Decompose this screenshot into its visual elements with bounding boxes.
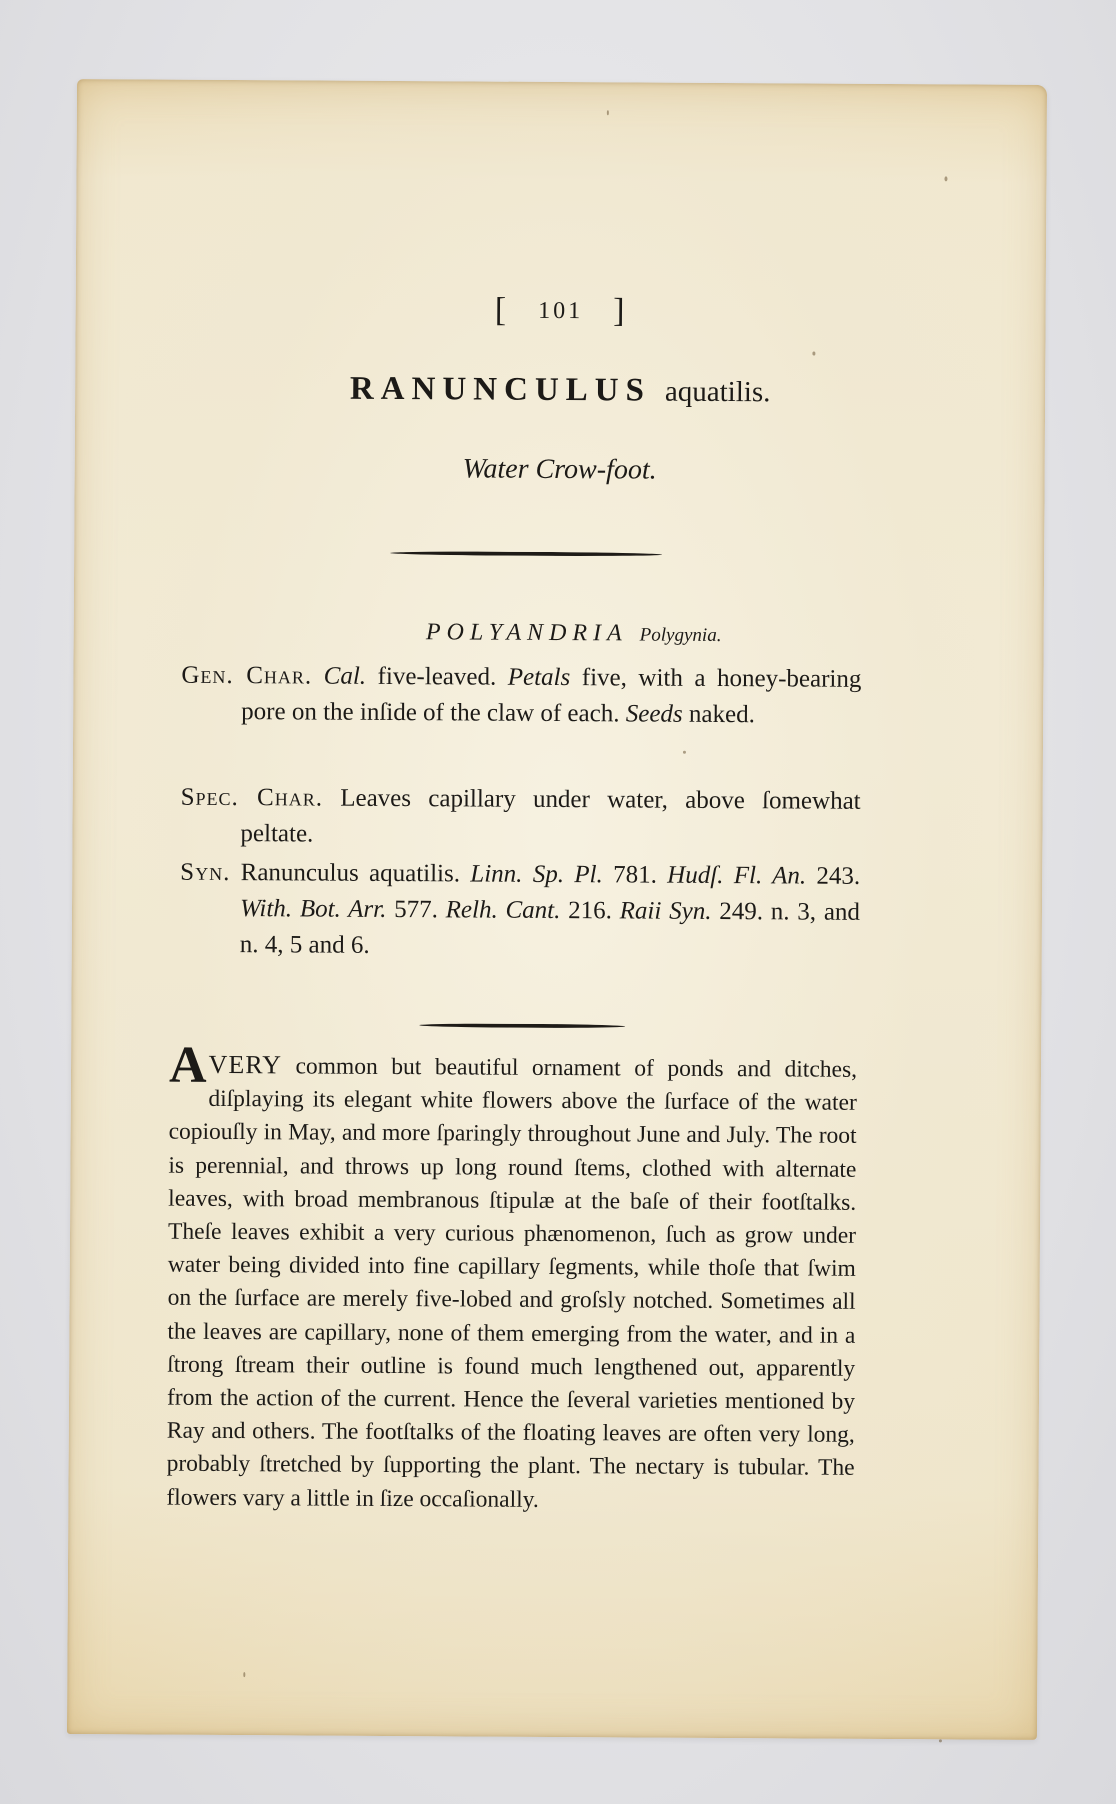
gen-char-seeds: Seeds xyxy=(626,700,683,727)
syn-text-1: 781. xyxy=(603,861,668,888)
specific-character-label: Spec. Char. xyxy=(181,784,324,812)
syn-text-4: 216. xyxy=(560,897,619,924)
linnaean-classification: POLYANDRIA Polygynia. xyxy=(74,617,1044,650)
drop-cap: A xyxy=(169,1046,207,1086)
species-title: RANUNCULUS aquatilis. xyxy=(75,369,1045,412)
book-page: [101] RANUNCULUS aquatilis. Water Crow-f… xyxy=(67,79,1047,1740)
syn-text-3: 577. xyxy=(386,896,445,923)
description-paragraph: AVERY common but beautiful ornament of p… xyxy=(166,1048,857,1519)
syn-text-0: Ranunculus aquatilis. xyxy=(241,859,471,887)
folio-close-bracket: ] xyxy=(613,292,627,330)
synonyms-label: Syn. xyxy=(180,859,230,886)
ornamental-rule-bottom xyxy=(419,1023,625,1028)
order-name: Polygynia. xyxy=(640,625,722,646)
gen-char-text-3: naked. xyxy=(683,701,755,728)
folio-open-bracket: [ xyxy=(495,292,509,330)
gen-char-petals: Petals xyxy=(508,664,571,691)
generic-character: Gen. Char. Cal. five-leaved. Petals five… xyxy=(181,658,861,734)
specific-character-text: Leaves capillary under water, above ſome… xyxy=(240,785,860,848)
syn-ref-ray: Raii Syn. xyxy=(620,897,712,925)
syn-ref-withering: With. Bot. Arr. xyxy=(240,895,387,923)
gen-char-text-1: five-leaved. xyxy=(366,663,508,691)
lead-word: VERY xyxy=(209,1050,283,1079)
specific-character: Spec. Char. Leaves capillary under water… xyxy=(180,780,860,856)
syn-text-2: 243. xyxy=(806,863,860,890)
generic-character-label: Gen. Char. xyxy=(181,662,312,690)
page-number: [101] xyxy=(76,289,1046,333)
folio-number: 101 xyxy=(538,298,583,324)
common-name: Water Crow-foot. xyxy=(75,451,1045,489)
synonyms: Syn. Ranunculus aquatilis. Linn. Sp. Pl.… xyxy=(180,855,861,967)
description-text: common but beautiful ornament of ponds a… xyxy=(166,1053,857,1512)
class-name: POLYANDRIA xyxy=(426,619,628,646)
species-epithet: aquatilis. xyxy=(665,376,771,409)
syn-ref-relhan: Relh. Cant. xyxy=(446,896,561,924)
gen-char-cal: Cal. xyxy=(324,663,367,690)
ornamental-rule-top xyxy=(390,551,662,557)
syn-ref-hudson: Hudſ. Fl. An. xyxy=(667,862,806,890)
syn-ref-linnaeus: Linn. Sp. Pl. xyxy=(470,860,603,888)
genus-name: RANUNCULUS xyxy=(350,371,651,409)
